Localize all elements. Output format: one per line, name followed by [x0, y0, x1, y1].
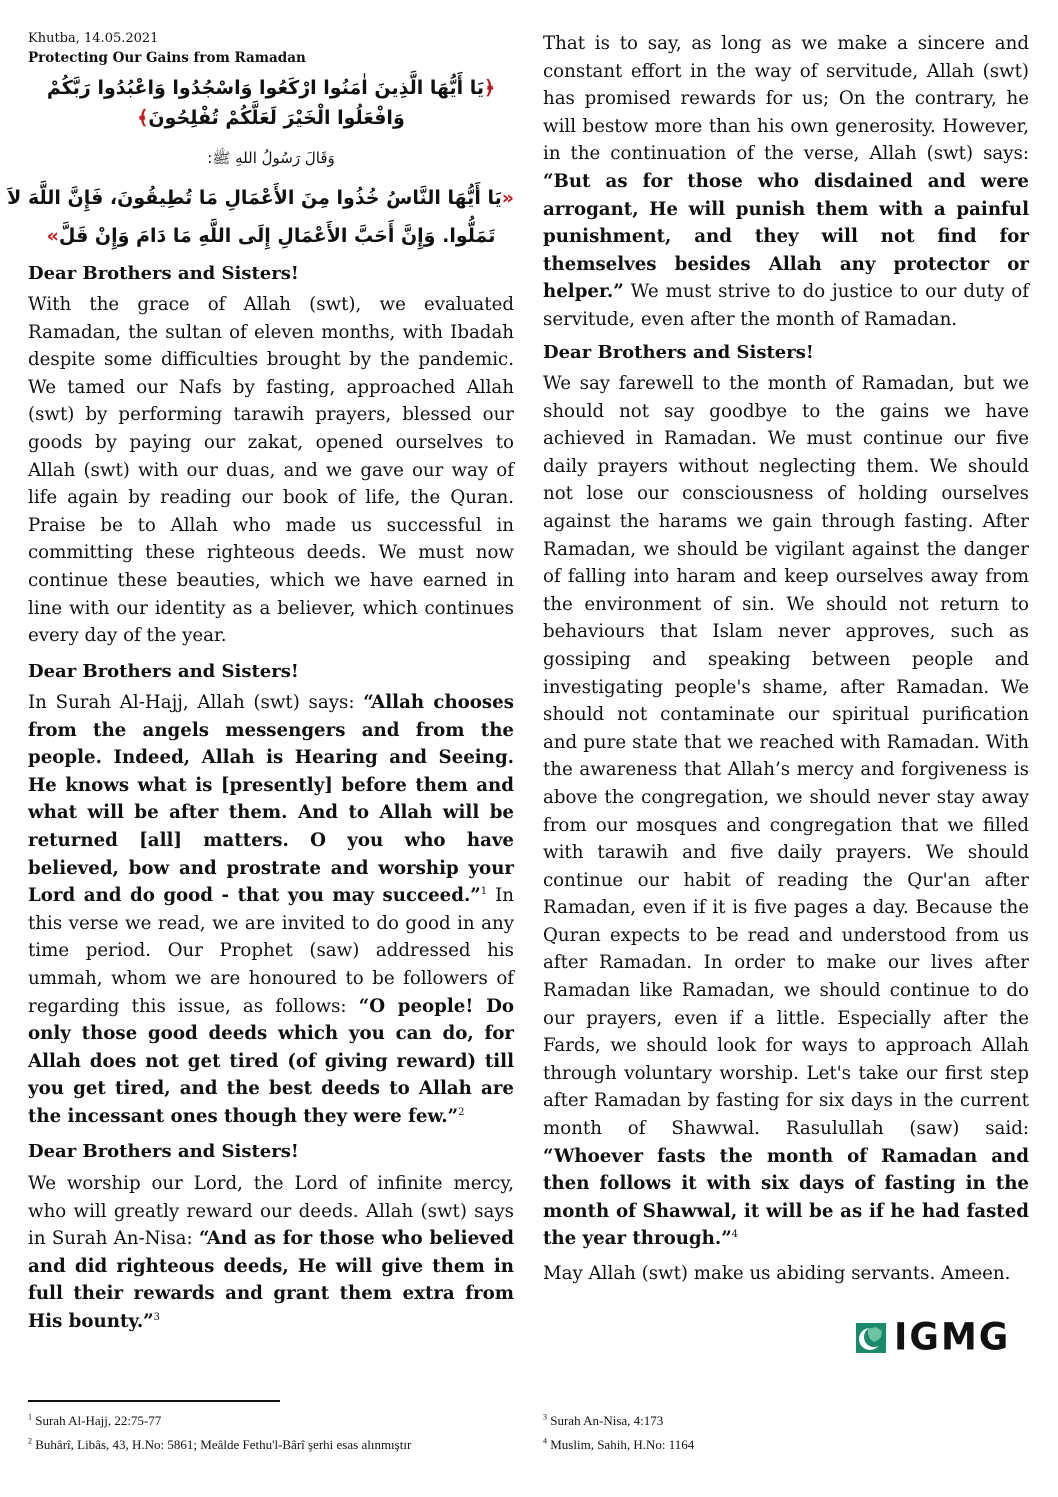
igmg-wordmark: IGMG	[894, 1322, 1010, 1354]
paragraph-ramadan-evaluation: With the grace of Allah (swt), we evalua…	[28, 291, 514, 650]
khutba-date: Khutba, 14.05.2021	[28, 30, 158, 48]
verse-close-bracket: ﴾	[137, 107, 148, 129]
hadith-open-bracket: «	[502, 187, 514, 209]
footnote-ref-4[interactable]: 4	[732, 1229, 738, 1240]
section-heading: Dear Brothers and Sisters!	[543, 341, 814, 365]
arabic-hadith-intro: وَقَالَ رَسُولُ اللهِ ﷺ:	[28, 144, 514, 172]
footnote-ref-2[interactable]: 2	[458, 1107, 464, 1118]
paragraph-servitude: That is to say, as long as we make a sin…	[543, 30, 1029, 334]
closing-prayer: May Allah (swt) make us abiding servants…	[543, 1260, 1029, 1288]
quote-al-hajj: “Allah chooses from the angels messenger…	[28, 692, 514, 906]
footnote-1: 1 Surah Al-Hajj, 22:75-77	[28, 1412, 508, 1429]
footnote-divider	[28, 1400, 280, 1402]
crescent-europe-icon	[856, 1323, 886, 1353]
footnote-ref-3[interactable]: 3	[154, 1312, 160, 1323]
footnote-4: 4 Muslim, Sahih, H.No: 1164	[543, 1436, 1023, 1453]
paragraph-surah-an-nisa: We worship our Lord, the Lord of infinit…	[28, 1170, 514, 1336]
section-heading: Dear Brothers and Sisters!	[28, 660, 299, 684]
hadith-close-bracket: »	[47, 225, 59, 247]
verse-open-bracket: ﴿	[484, 77, 495, 99]
section-heading: Dear Brothers and Sisters!	[28, 1140, 299, 1164]
paragraph-surah-al-hajj: In Surah Al-Hajj, Allah (swt) says: “All…	[28, 689, 514, 1131]
footnote-3: 3 Surah An-Nisa, 4:173	[543, 1412, 1023, 1429]
khutba-title: Protecting Our Gains from Ramadan	[28, 49, 306, 67]
arabic-hadith-line-1: «يَا أَيُّهَا النَّاسُ خُذُوا مِنَ الأَع…	[28, 184, 514, 212]
quote-shawwal: “Whoever fasts the month of Ramadan and …	[543, 1146, 1029, 1250]
igmg-logo: IGMG	[856, 1323, 1032, 1353]
arabic-verse-line-1: ﴿يَا أَيُّهَا الَّذِينَ اٰمَنُوا ارْكَعُ…	[28, 74, 514, 102]
arabic-hadith-line-2: تَمَلُّوا. وَإِنَّ أَحَبَّ الأَعْمَالِ إ…	[28, 222, 514, 250]
arabic-verse-line-2: وَافْعَلُوا الْخَيْرَ لَعَلَّكُمْ تُفْلِ…	[28, 104, 514, 132]
section-heading: Dear Brothers and Sisters!	[28, 262, 299, 286]
paragraph-farewell-ramadan: We say farewell to the month of Ramadan,…	[543, 370, 1029, 1253]
footnote-2: 2 Buhârî, Libâs, 43, H.No: 5861; Meâlde …	[28, 1436, 508, 1453]
